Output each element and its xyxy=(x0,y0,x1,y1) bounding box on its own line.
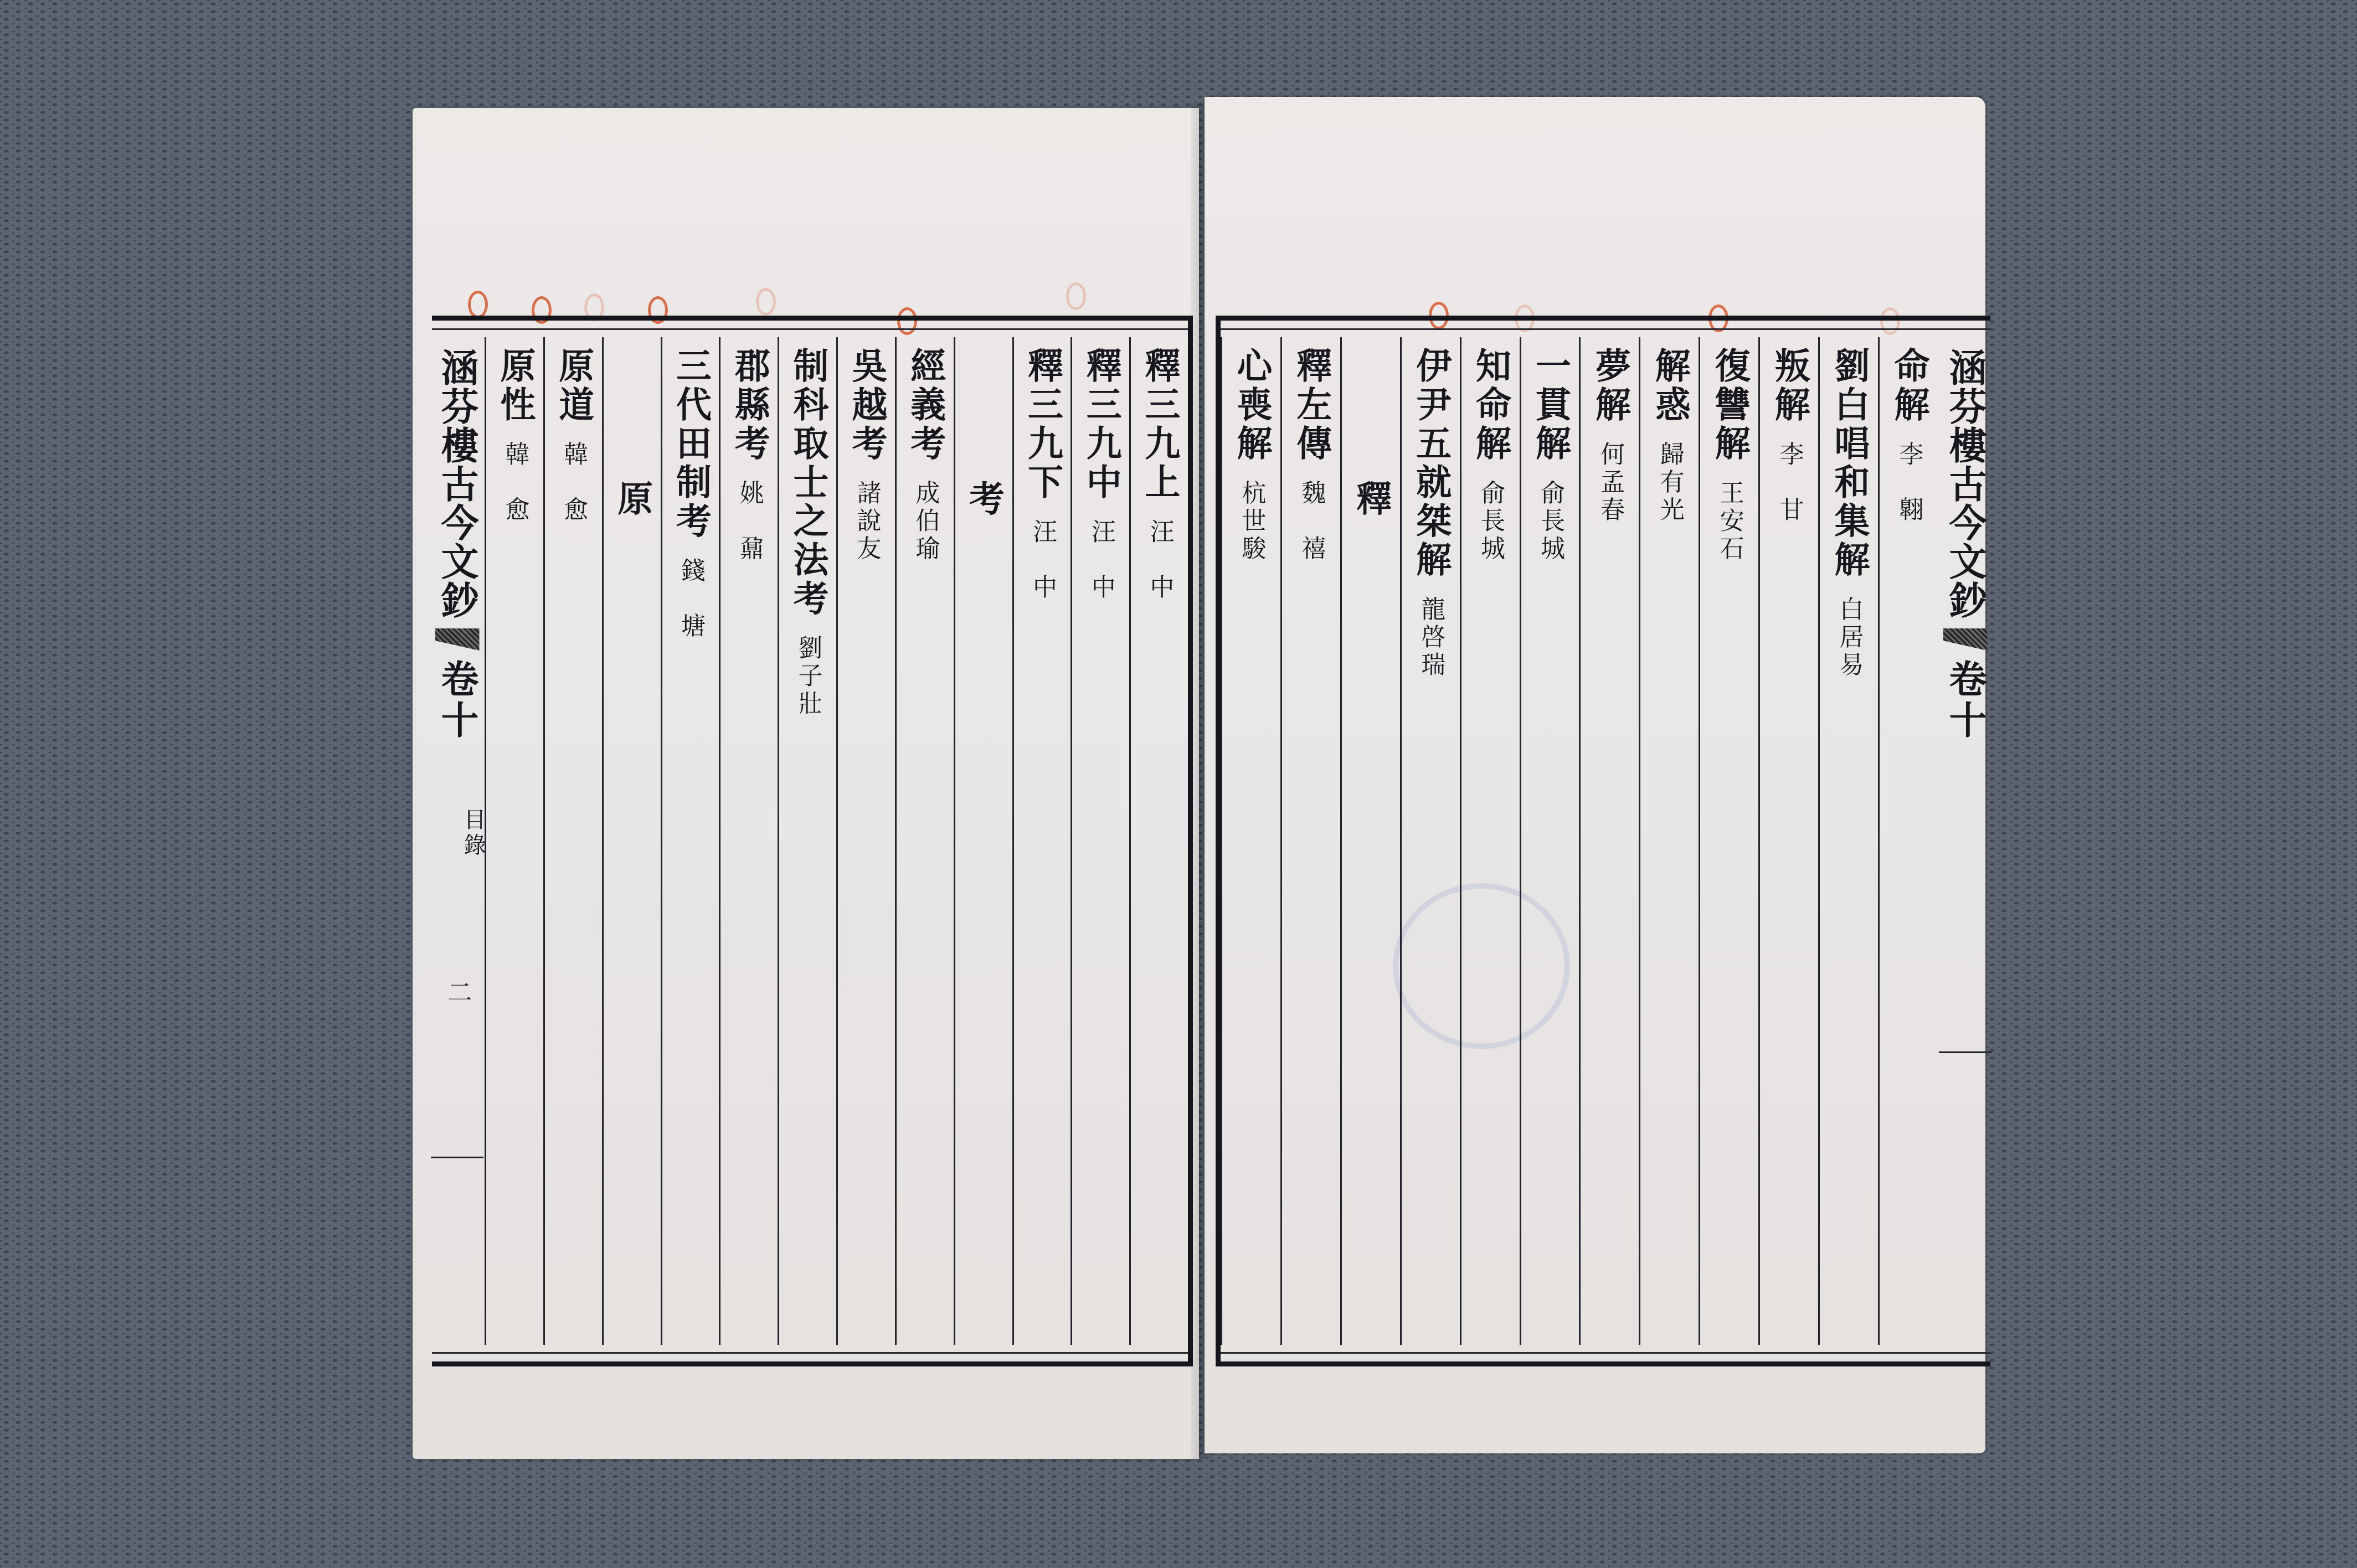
toc-entry: 原道 韓 愈 xyxy=(543,337,602,1345)
entry-author: 何孟春 xyxy=(1592,441,1628,524)
toc-entry: 心喪解 杭世駿 xyxy=(1221,337,1280,1345)
frame-inner-rule xyxy=(1221,1352,1990,1354)
toc-entry: 吳越考 諸說友 xyxy=(836,337,895,1345)
entry-title: 夢解 xyxy=(1584,347,1635,425)
fishtail-mark-icon xyxy=(1943,628,1988,651)
entry-author: 杭世駿 xyxy=(1233,480,1269,563)
left-page: 釋三九上 汪 中 釋三九中 汪 中 釋三九下 汪 中 考 經義考 成伯瑜 xyxy=(413,108,1199,1459)
entry-author: 汪 中 xyxy=(1142,519,1177,602)
entry-author: 韓 愈 xyxy=(555,441,591,524)
frame-inner-rule xyxy=(432,1352,1188,1354)
entry-title: 一貫解 xyxy=(1525,347,1576,463)
toc-entry: 復讐解 王安石 xyxy=(1699,337,1758,1345)
toc-entry: 釋三九中 汪 中 xyxy=(1071,337,1129,1345)
red-circle-mark xyxy=(1066,282,1086,310)
left-page-banxin: 涵芬樓古今文鈔 卷十 目錄 二 xyxy=(431,337,483,1345)
entry-title: 經義考 xyxy=(899,347,950,463)
banxin-rule xyxy=(431,1157,483,1158)
toc-entry: 三代田制考 錢 塘 xyxy=(661,337,719,1345)
right-page-banxin: 涵芬樓古今文鈔 卷十 xyxy=(1939,337,1991,1345)
red-circle-mark xyxy=(756,288,776,316)
entry-title: 叛解 xyxy=(1764,347,1815,425)
toc-category-heading: 釋 xyxy=(1340,337,1400,1345)
toc-category-heading: 原 xyxy=(602,337,661,1345)
entry-title: 解惑 xyxy=(1644,347,1695,425)
page-number: 二 xyxy=(440,979,475,1007)
entry-title: 復讐解 xyxy=(1704,347,1755,463)
entry-title: 命解 xyxy=(1883,347,1934,425)
entry-title: 心喪解 xyxy=(1226,347,1277,463)
banxin-rule xyxy=(1939,1051,1991,1053)
frame-inner-rule xyxy=(432,328,1188,330)
entry-title: 原性 xyxy=(489,347,540,425)
entry-author: 韓 愈 xyxy=(497,441,532,524)
toc-category-heading: 考 xyxy=(954,337,1012,1345)
entry-title: 釋三九上 xyxy=(1134,347,1185,502)
fishtail-mark-icon xyxy=(435,628,480,651)
entry-title: 知命解 xyxy=(1465,347,1516,463)
volume-number: 卷十 xyxy=(430,659,484,741)
toc-entry: 釋左傳 魏 禧 xyxy=(1280,337,1340,1345)
entry-author: 白居易 xyxy=(1831,596,1867,679)
entry-author: 俞長城 xyxy=(1473,480,1508,563)
entry-author: 錢 塘 xyxy=(673,558,708,641)
entry-title: 釋三九中 xyxy=(1075,347,1126,502)
section-label: 目錄 xyxy=(457,808,489,859)
right-page-border-frame: 命解 李 翺 劉白唱和集解 白居易 叛解 李 甘 復讐解 王安石 解惑 歸有 xyxy=(1216,316,1990,1366)
entry-author: 王安石 xyxy=(1712,480,1747,563)
entry-title: 制科取士之法考 xyxy=(783,347,833,618)
toc-entry: 釋三九上 汪 中 xyxy=(1129,337,1188,1345)
category-heading: 釋 xyxy=(1345,480,1396,519)
toc-entry: 劉白唱和集解 白居易 xyxy=(1818,337,1878,1345)
left-page-columns: 釋三九上 汪 中 釋三九中 汪 中 釋三九下 汪 中 考 經義考 成伯瑜 xyxy=(485,337,1188,1345)
toc-entry: 伊尹五就桀解 龍啓瑞 xyxy=(1400,337,1460,1345)
right-page: 命解 李 翺 劉白唱和集解 白居易 叛解 李 甘 復讐解 王安石 解惑 歸有 xyxy=(1205,97,1985,1453)
entry-title: 吳越考 xyxy=(841,347,892,463)
entry-author: 俞長城 xyxy=(1532,480,1568,563)
right-page-columns: 命解 李 翺 劉白唱和集解 白居易 叛解 李 甘 復讐解 王安石 解惑 歸有 xyxy=(1221,337,1938,1345)
entry-title: 釋三九下 xyxy=(1017,347,1068,502)
entry-author: 龍啓瑞 xyxy=(1413,596,1448,679)
entry-author: 姚 鼐 xyxy=(732,480,767,563)
entry-author: 李 甘 xyxy=(1772,441,1807,524)
book-title: 涵芬樓古今文鈔 xyxy=(1938,348,1992,620)
toc-entry: 一貫解 俞長城 xyxy=(1520,337,1579,1345)
entry-author: 魏 禧 xyxy=(1293,480,1329,563)
toc-entry: 原性 韓 愈 xyxy=(485,337,543,1345)
red-circle-mark xyxy=(468,291,488,318)
entry-title: 伊尹五就桀解 xyxy=(1405,347,1456,580)
toc-entry: 制科取士之法考 劉子壯 xyxy=(778,337,836,1345)
toc-entry: 經義考 成伯瑜 xyxy=(895,337,954,1345)
entry-author: 汪 中 xyxy=(1025,519,1060,602)
entry-title: 釋左傳 xyxy=(1285,347,1336,463)
frame-inner-rule xyxy=(1221,328,1990,330)
entry-title: 郡縣考 xyxy=(724,347,775,463)
entry-author: 諸說友 xyxy=(848,480,884,563)
toc-entry: 郡縣考 姚 鼐 xyxy=(719,337,778,1345)
left-page-border-frame: 釋三九上 汪 中 釋三九中 汪 中 釋三九下 汪 中 考 經義考 成伯瑜 xyxy=(432,316,1193,1366)
entry-author: 李 翺 xyxy=(1891,441,1927,524)
book-title: 涵芬樓古今文鈔 xyxy=(430,348,484,620)
entry-author: 汪 中 xyxy=(1083,519,1119,602)
category-heading: 原 xyxy=(606,480,657,519)
entry-title: 三代田制考 xyxy=(665,347,716,541)
toc-entry: 解惑 歸有光 xyxy=(1639,337,1699,1345)
toc-entry: 叛解 李 甘 xyxy=(1758,337,1818,1345)
open-book: 釋三九上 汪 中 釋三九中 汪 中 釋三九下 汪 中 考 經義考 成伯瑜 xyxy=(413,108,1985,1459)
toc-entry: 知命解 俞長城 xyxy=(1460,337,1520,1345)
entry-author: 劉子壯 xyxy=(790,635,826,718)
toc-entry: 夢解 何孟春 xyxy=(1579,337,1639,1345)
category-heading: 考 xyxy=(958,480,1009,519)
entry-title: 劉白唱和集解 xyxy=(1824,347,1875,580)
toc-entry: 命解 李 翺 xyxy=(1878,337,1938,1345)
toc-entry: 釋三九下 汪 中 xyxy=(1012,337,1071,1345)
volume-number: 卷十 xyxy=(1938,659,1992,741)
entry-title: 原道 xyxy=(548,347,599,425)
entry-author: 歸有光 xyxy=(1652,441,1687,524)
entry-author: 成伯瑜 xyxy=(907,480,943,563)
